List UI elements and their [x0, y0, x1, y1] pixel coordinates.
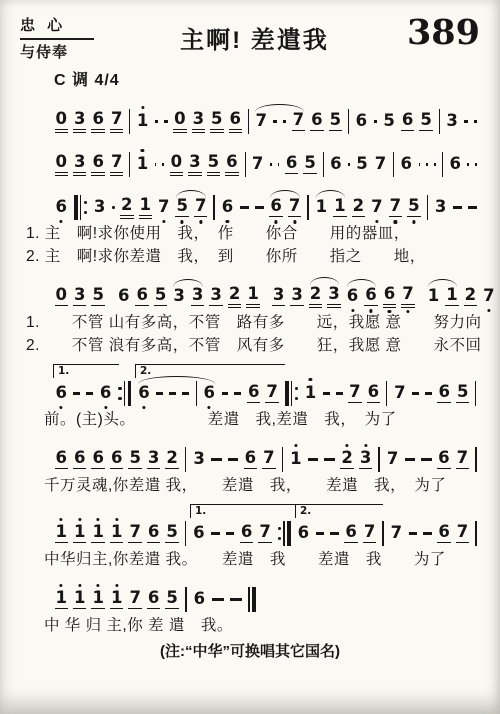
note: 6 [110, 450, 123, 469]
note-digit: 2 [352, 198, 365, 217]
duration-dash [316, 532, 325, 535]
note-digit: 6 [449, 156, 462, 174]
note-digit: 5 [456, 384, 469, 403]
note-digit: 5 [154, 287, 167, 306]
duration-dash [330, 532, 339, 535]
duration-dash [73, 392, 80, 395]
tie-arc [176, 190, 206, 198]
music-row: 63217576671127753 [52, 179, 480, 222]
note: 6 [437, 450, 450, 469]
note: 3 [192, 111, 205, 133]
note: 6 [247, 384, 260, 403]
hymn-number: 389 [407, 14, 480, 53]
tie-arc [347, 279, 376, 287]
bar-thick [287, 521, 291, 546]
bar-thick [128, 381, 132, 406]
note: 2 [120, 197, 133, 219]
note: 6 [364, 287, 377, 306]
note-digit: 5 [382, 113, 395, 131]
note: 3 [290, 287, 303, 306]
lyric-line: 2. 不管 浪有多高，不管 风有多 狂，我愿 意 永不回 [26, 334, 480, 357]
note-digit: 6 [437, 384, 450, 403]
note-digit: 3 [188, 154, 201, 173]
note: 6 [269, 198, 282, 217]
note: 6 [344, 524, 357, 543]
note: 7 [288, 198, 301, 217]
note: 7 [110, 111, 123, 133]
note: 7 [370, 199, 383, 217]
bar-line [213, 195, 214, 220]
duration-dash [278, 163, 280, 166]
note-digit: 6 [193, 591, 206, 609]
bar-thick [252, 587, 256, 612]
note: 6 [137, 385, 150, 403]
note: 0 [55, 287, 68, 306]
note: 5 [175, 198, 188, 217]
note-digit: 3 [359, 450, 372, 469]
note: 1 [73, 524, 86, 543]
note: 6 [91, 111, 104, 133]
note-digit: 6 [55, 385, 68, 403]
repeat-end-barline [118, 381, 131, 406]
repeat-dots [84, 201, 87, 214]
note-digit: 7 [262, 450, 275, 469]
note-digit: 5 [303, 155, 316, 174]
note: 5 [456, 384, 469, 403]
note-digit: 1 [136, 156, 149, 174]
note: 7 [128, 590, 141, 609]
duration-dash [230, 598, 242, 601]
note: 0 [173, 111, 186, 133]
note-digit: 3 [191, 287, 204, 306]
note-digit: 6 [117, 288, 130, 306]
note-digit: 6 [137, 385, 150, 403]
note-digit: 2 [340, 450, 353, 469]
note: 2 [464, 287, 477, 306]
note-digit: 0 [170, 154, 183, 173]
note: 3 [359, 450, 372, 469]
note-digit: 7 [265, 384, 278, 403]
music-line: 63217576671127753 [52, 179, 480, 222]
duration-dash [155, 163, 157, 166]
note-digit: 5 [165, 524, 178, 543]
note-digit: 3 [93, 199, 106, 217]
duration-dash [164, 120, 167, 123]
duration-dash [308, 458, 318, 461]
note-digit: 0 [55, 154, 68, 173]
note-digit: 5 [207, 154, 220, 173]
note-digit: 7 [110, 111, 123, 130]
duration-dash [283, 120, 286, 123]
lyric-line: 前。(主)头。 差遣 我,差遣 我， 为了 [44, 408, 480, 431]
duration-dash [234, 392, 241, 395]
note: 2 [352, 198, 365, 217]
volta-bracket: 2. [135, 364, 285, 378]
note: 6 [346, 288, 359, 306]
note: 1 [427, 288, 440, 306]
note-digit: 5 [175, 198, 188, 217]
bar-line [382, 521, 383, 546]
repeat-dots [295, 387, 298, 400]
note: 5 [407, 198, 420, 217]
note-digit: 7 [194, 198, 207, 217]
note-digit: 1 [73, 590, 86, 609]
note-digit: 7 [128, 590, 141, 609]
bar-line [307, 195, 308, 220]
note-digit: 6 [110, 450, 123, 469]
note: 6 [91, 450, 104, 469]
note: 5 [154, 287, 167, 306]
volta-bracket: 1. [53, 364, 119, 378]
note: 1 [55, 524, 68, 543]
note: 7 [251, 156, 264, 174]
note: 6 [99, 385, 112, 403]
note: 1 [110, 590, 123, 609]
music-line: 036710356776565653 [52, 93, 480, 136]
music-line: 11117656 [52, 571, 480, 614]
bar-line [475, 381, 476, 406]
duration-dash [453, 206, 462, 209]
duration-dash [211, 532, 220, 535]
note: 3 [434, 199, 447, 217]
note-digit: 1 [73, 524, 86, 543]
note-digit: 3 [73, 111, 86, 130]
note: 1 [136, 156, 149, 174]
note: 7 [482, 288, 495, 306]
note-digit: 5 [165, 590, 178, 609]
note: 3 [172, 288, 185, 306]
music-row: 036710356776565653 [52, 93, 480, 136]
note-digit: 1 [91, 590, 104, 609]
note: 5 [207, 154, 220, 176]
category-label: 忠 心 与侍奉 [20, 14, 102, 65]
note-digit: 1 [55, 524, 68, 543]
note: 7 [265, 384, 278, 403]
duration-dash [348, 163, 350, 166]
note: 6 [367, 384, 380, 403]
note-digit: 6 [310, 112, 323, 131]
note: 6 [297, 525, 310, 543]
note-digit: 7 [386, 451, 399, 469]
note-digit: 1 [55, 590, 68, 609]
note-digit: 7 [157, 199, 170, 217]
note: 6 [192, 525, 205, 543]
note: 0 [55, 154, 68, 176]
note-digit: 5 [355, 156, 368, 174]
note-digit: 1 [136, 113, 149, 131]
note: 2 [165, 450, 178, 469]
note: 7 [456, 450, 469, 469]
note-digit: 6 [99, 385, 112, 403]
note: 5 [165, 590, 178, 609]
note: 5 [382, 113, 395, 131]
duration-dash [270, 163, 272, 166]
note-digit: 5 [128, 450, 141, 469]
note-digit: 5 [407, 198, 420, 217]
note-digit: 6 [240, 524, 253, 543]
note: 7 [374, 156, 387, 174]
tie-arc [316, 190, 345, 198]
lyric-line: 中华归主,你差遣 我。 差遣 我 差遣 我 为了 [44, 548, 480, 571]
note: 7 [389, 198, 402, 217]
note: 6 [329, 156, 342, 174]
note: 7 [194, 198, 207, 217]
note-digit: 7 [258, 524, 271, 543]
repeat-start-barline [285, 381, 298, 406]
note-digit: 7 [393, 385, 406, 403]
note: 5 [165, 524, 178, 543]
bar-line [475, 521, 476, 546]
note: 6 [147, 590, 160, 609]
note: 6 [55, 385, 68, 403]
note-digit: 3 [209, 287, 222, 306]
note: 5 [419, 112, 432, 131]
note: 3 [73, 111, 86, 133]
lyric-line: 2. 主 啊!求你差遣 我， 到 你所 指之 地， [26, 245, 480, 268]
note: 6 [203, 385, 216, 403]
repeat-dots [278, 527, 281, 540]
note-digit: 1 [289, 451, 302, 469]
note: 3 [192, 451, 205, 469]
duration-dash [475, 163, 477, 166]
key-signature: C 调 4/4 [54, 67, 480, 90]
duration-dash [86, 392, 93, 395]
note-digit: 6 [355, 113, 368, 131]
note: 7 [262, 450, 275, 469]
note: 6 [449, 156, 462, 174]
note-digit: 0 [173, 111, 186, 130]
augmentation-dot [112, 206, 115, 210]
music-row: 11117656 [52, 571, 480, 614]
note-digit: 1 [445, 287, 458, 306]
note-digit: 6 [244, 450, 257, 469]
note-digit: 7 [363, 524, 376, 543]
note-digit: 6 [437, 524, 450, 543]
lyric-line: 中 华 归 主,你 差 遣 我。 [44, 614, 480, 637]
note-digit: 7 [254, 113, 267, 131]
note: 1 [246, 286, 259, 308]
note-digit: 6 [192, 525, 205, 543]
note-digit: 7 [389, 198, 402, 217]
note-digit: 6 [229, 111, 242, 130]
duration-dash [464, 120, 467, 123]
duration-dash [240, 206, 249, 209]
note-digit: 6 [91, 450, 104, 469]
note: 3 [147, 450, 160, 469]
note: 1 [91, 524, 104, 543]
duration-dash [273, 120, 276, 123]
duration-dash [409, 532, 418, 535]
note: 7 [157, 199, 170, 217]
note: 3 [73, 154, 86, 176]
note: 3 [93, 199, 106, 217]
note-digit: 6 [91, 111, 104, 130]
duration-dash [222, 392, 229, 395]
duration-dash [155, 120, 158, 123]
note-digit: 2 [120, 197, 133, 216]
note-digit: 3 [272, 287, 285, 306]
note: 6 [244, 450, 257, 469]
bar-line [475, 447, 476, 472]
note: 3 [73, 287, 86, 306]
note: 3 [272, 287, 285, 306]
note-digit: 6 [367, 384, 380, 403]
note-digit: 3 [147, 450, 160, 469]
note-digit: 5 [419, 112, 432, 131]
note: 7 [128, 524, 141, 543]
note: 1 [55, 590, 68, 609]
note-digit: 3 [73, 154, 86, 173]
note: 6 [285, 155, 298, 174]
note-digit: 6 [55, 450, 68, 469]
repeat-start-barline [74, 195, 87, 220]
note-digit: 7 [110, 154, 123, 173]
duration-dash [169, 392, 176, 395]
duration-dash [425, 392, 432, 395]
duration-dash [323, 392, 330, 395]
bar-line [386, 381, 387, 406]
note: 6 [55, 450, 68, 469]
duration-dash [255, 206, 264, 209]
hymn-title: 主啊! 差遣我 [102, 14, 407, 55]
note-digit: 0 [55, 287, 68, 306]
music-line: 11117656676677671.2. [52, 497, 480, 548]
note-digit: 3 [73, 287, 86, 306]
volta-bracket: 2. [295, 504, 383, 518]
note: 6 [73, 450, 86, 469]
bar-thin [248, 587, 250, 612]
note: 1 [315, 199, 328, 217]
note: 7 [390, 525, 403, 543]
note: 7 [386, 451, 399, 469]
music-line: 6666671767651.2. [52, 357, 480, 408]
note-digit: 7 [401, 286, 414, 305]
note-digit: 2 [464, 287, 477, 306]
note-digit: 3 [192, 111, 205, 130]
note: 5 [91, 287, 104, 306]
music-row: 6666671767651.2. [52, 357, 480, 408]
note: 0 [55, 111, 68, 133]
bar-line [427, 195, 428, 220]
note: 6 [117, 288, 130, 306]
tie-arc [173, 279, 203, 287]
note: 7 [110, 154, 123, 176]
music-line: 035665333213323666711275 [52, 268, 480, 311]
note-digit: 1 [246, 286, 259, 305]
note-digit: 1 [315, 199, 328, 217]
note: 6 [225, 154, 238, 176]
note: 1 [445, 287, 458, 306]
note-digit: 0 [55, 111, 68, 130]
note-digit: 6 [73, 450, 86, 469]
duration-dash [324, 458, 334, 461]
note: 7 [254, 113, 267, 131]
note: 6 [193, 591, 206, 609]
note-digit: 6 [147, 590, 160, 609]
note-digit: 1 [304, 385, 317, 403]
duration-dash [405, 458, 415, 461]
tie-arc [428, 279, 457, 287]
note-digit: 1 [139, 197, 152, 216]
note: 7 [401, 286, 414, 308]
note-digit: 6 [383, 286, 396, 305]
note: 6 [55, 199, 68, 217]
note: 6 [355, 113, 368, 131]
note: 6 [437, 384, 450, 403]
note-digit: 6 [401, 112, 414, 131]
note-digit: 6 [285, 155, 298, 174]
note-digit: 7 [370, 199, 383, 217]
note: 5 [303, 155, 316, 174]
duration-dash [419, 163, 421, 166]
note-digit: 6 [247, 384, 260, 403]
note-digit: 3 [445, 113, 458, 131]
note-digit: 3 [434, 199, 447, 217]
footnote: (注:“中华”可换唱其它国名) [20, 640, 480, 661]
note: 6 [400, 156, 413, 174]
duration-dash [412, 392, 419, 395]
duration-dash [423, 532, 432, 535]
note-digit: 7 [390, 525, 403, 543]
note-digit: 2 [309, 286, 322, 305]
final-barline [248, 587, 255, 612]
note: 3 [445, 113, 458, 131]
note-digit: 6 [135, 287, 148, 306]
duration-dash [336, 392, 343, 395]
duration-dash [182, 392, 189, 395]
note: 3 [188, 154, 201, 176]
music-row: 11117656676677671.2. [52, 497, 480, 548]
bar-thin [80, 195, 82, 220]
note: 1 [333, 198, 346, 217]
note: 3 [191, 287, 204, 306]
note-digit: 7 [456, 524, 469, 543]
note-digit: 5 [210, 111, 223, 130]
duration-dash [156, 392, 163, 395]
header: 忠 心 与侍奉 主啊! 差遣我 389 [20, 14, 480, 65]
bar-thin [291, 381, 293, 406]
duration-dash [226, 532, 235, 535]
note-digit: 6 [400, 156, 413, 174]
note-digit: 7 [482, 288, 495, 306]
bar-thick [74, 195, 78, 220]
note: 6 [401, 112, 414, 131]
note: 1 [139, 197, 152, 219]
note-digit: 2 [228, 286, 241, 305]
note-digit: 3 [172, 288, 185, 306]
note: 7 [363, 524, 376, 543]
note-digit: 3 [290, 287, 303, 306]
duration-dash [162, 163, 164, 166]
note-digit: 2 [165, 450, 178, 469]
duration-dash [426, 163, 428, 166]
note: 3 [209, 287, 222, 306]
duration-dash [374, 120, 377, 123]
note-digit: 7 [128, 524, 141, 543]
note-digit: 7 [456, 450, 469, 469]
note-digit: 1 [110, 590, 123, 609]
note: 1 [110, 524, 123, 543]
note: 1 [73, 590, 86, 609]
note: 6 [91, 154, 104, 176]
note: 6 [221, 199, 234, 217]
music-row: 6666532367123767 [52, 431, 480, 474]
category-bottom: 与侍奉 [20, 40, 102, 64]
note: 6 [240, 524, 253, 543]
duration-dash [467, 163, 469, 166]
note: 3 [327, 286, 340, 308]
tie-arc [255, 104, 304, 112]
